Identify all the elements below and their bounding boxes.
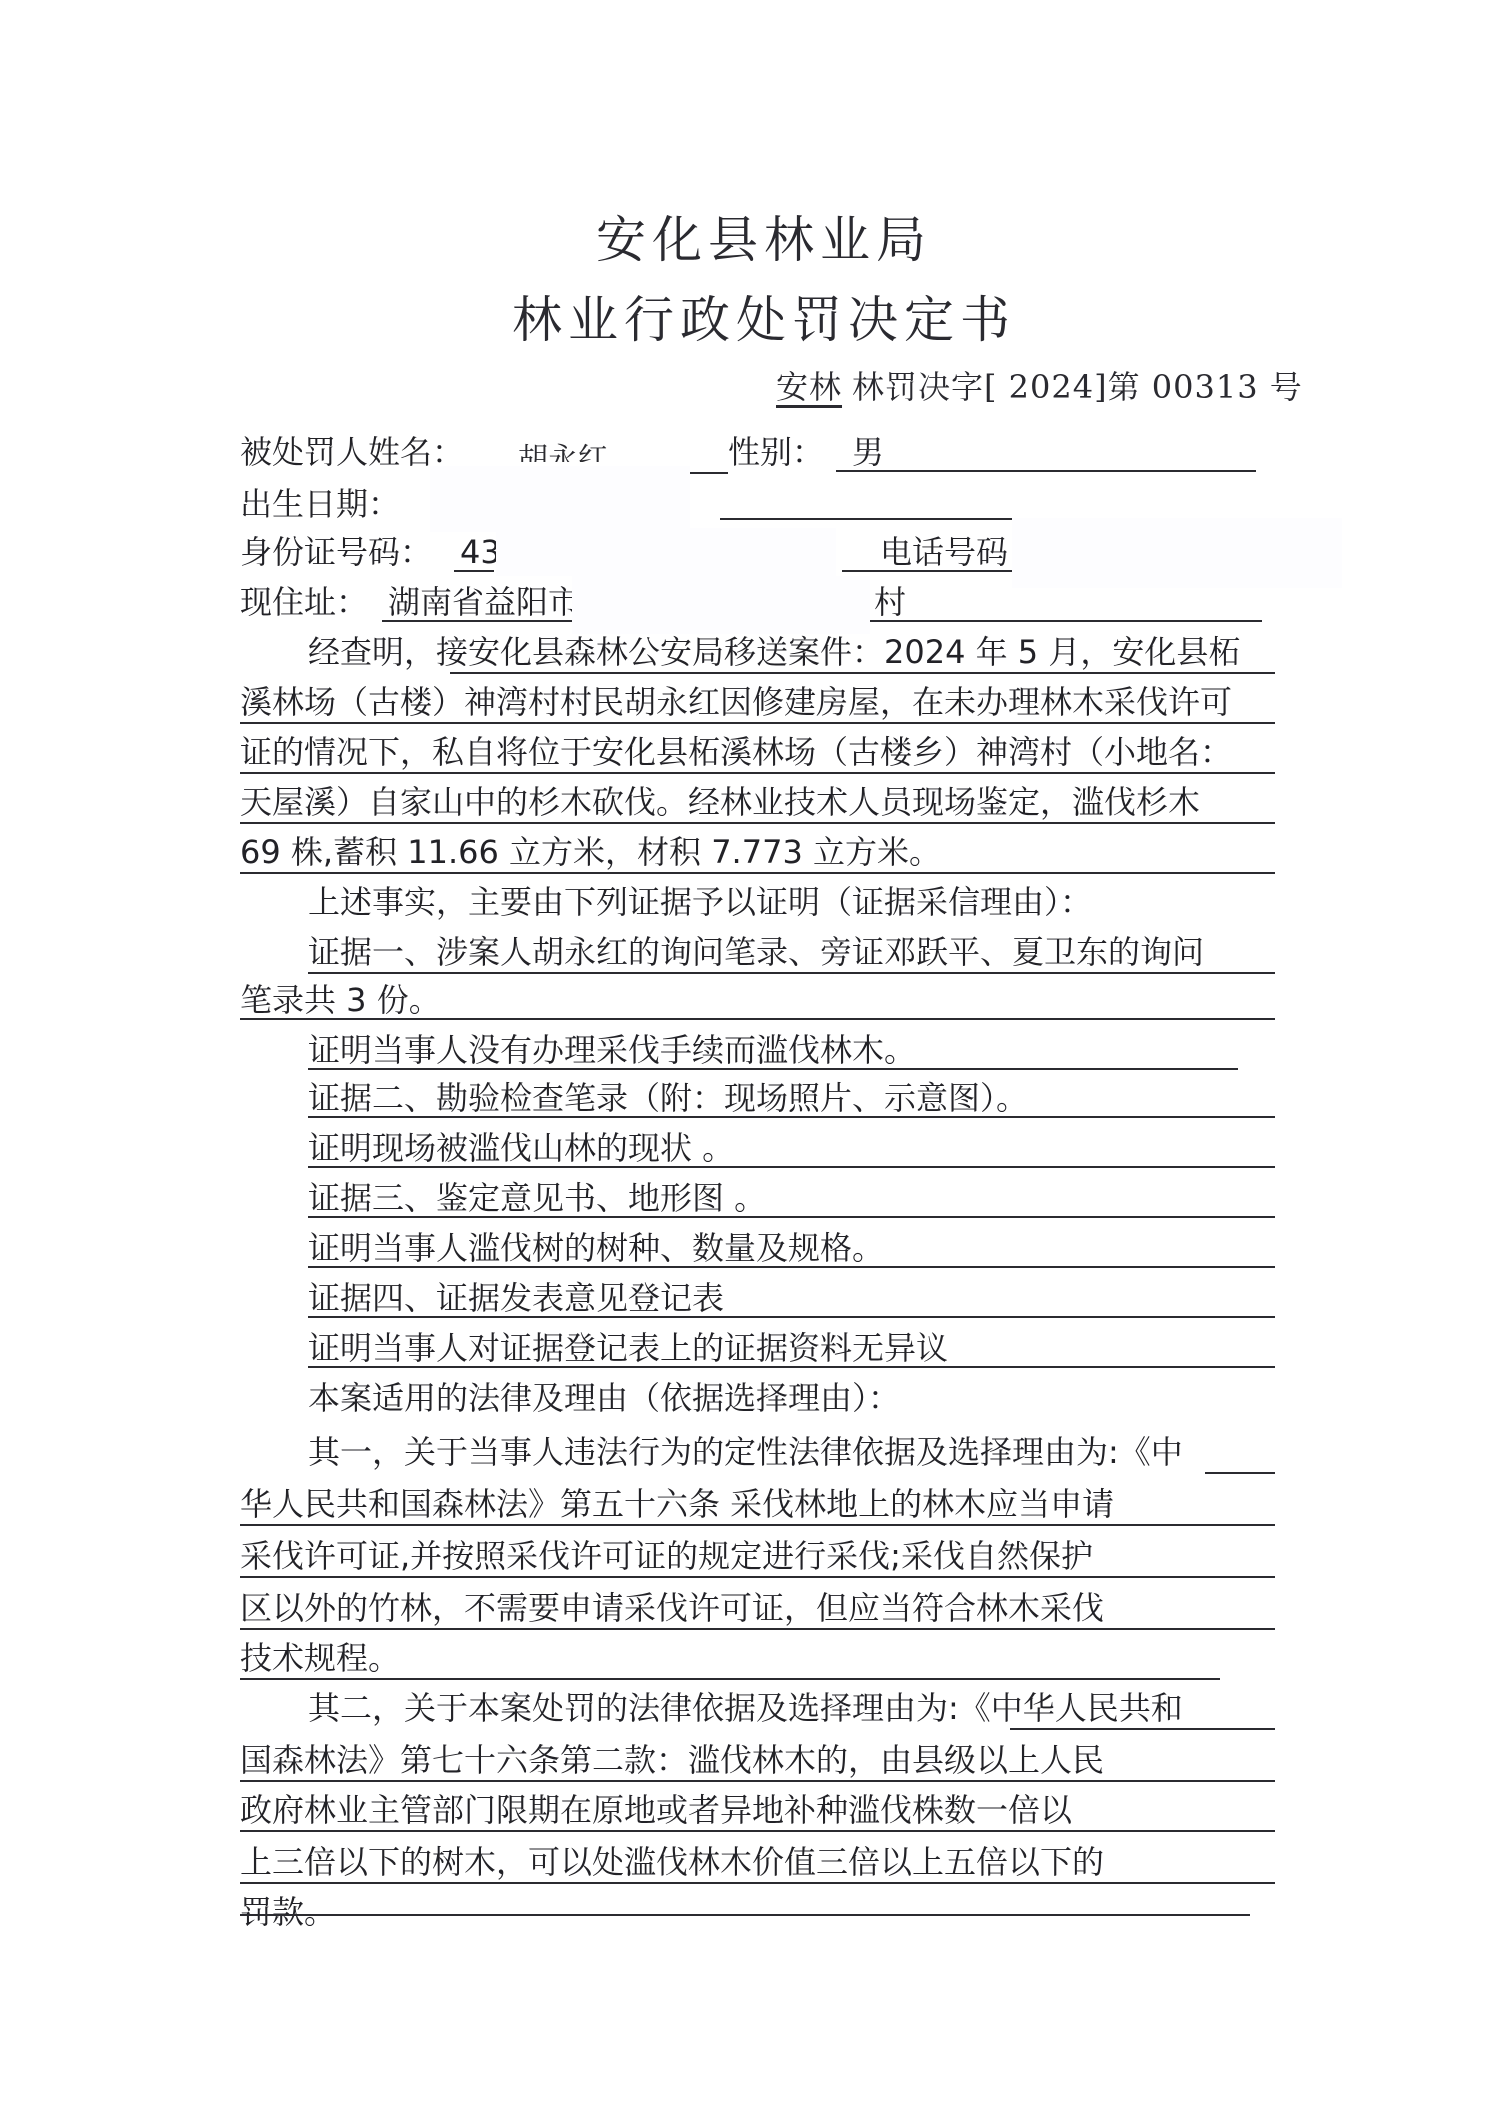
address-value-start: 湖南省益阳市 [388, 582, 580, 622]
document-number-prefix: 安林 [762, 368, 852, 406]
id-value: 43 [460, 532, 501, 572]
phone-underline [882, 570, 1012, 572]
legal-basis-first-line: 区以外的竹林，不需要申请采伐许可证，但应当符合林木采伐 [240, 1588, 1275, 1628]
id-label: 身份证号码： [240, 532, 432, 572]
underline [240, 722, 1275, 724]
evidence-line: 证明当事人没有办理采伐手续而滥伐林木。 [308, 1030, 1275, 1070]
redaction-box [496, 528, 836, 576]
legal-basis-second-line: 其二，关于本案处罚的法律依据及选择理由为:《中华人民共和 [308, 1688, 1275, 1728]
name-underline [690, 472, 728, 474]
underline [240, 1678, 1220, 1680]
agency-title: 安化县林业局 [20, 200, 1488, 272]
findings-line: 经查明，接安化县森林公安局移送案件：2024 年 5 月，安化县柘 [308, 632, 1275, 672]
gender-label: 性别： [728, 432, 824, 472]
underline [308, 1068, 1238, 1070]
underline [308, 972, 1275, 974]
evidence-line: 证据三、鉴定意见书、地形图 。 [308, 1178, 1275, 1218]
findings-line: 证的情况下，私自将位于安化县柘溪林场（古楼乡）神湾村（小地名： [240, 732, 1275, 772]
underline [240, 1882, 1275, 1884]
document-number: 安林林罚决字[ 2024]第 00313 号 [762, 362, 1303, 408]
evidence-line: 证明当事人滥伐树的树种、数量及规格。 [308, 1228, 1275, 1268]
underline [1205, 1472, 1275, 1474]
underline [240, 1914, 1250, 1916]
underline [308, 1166, 1275, 1168]
findings-line: 69 株,蓄积 11.66 立方米，材积 7.773 立方米。 [240, 832, 1275, 872]
redaction-box [1012, 518, 1342, 588]
legal-basis-first-line: 其一，关于当事人违法行为的定性法律依据及选择理由为:《中 [308, 1432, 1275, 1472]
underline [240, 1576, 1275, 1578]
evidence-line: 证据二、勘验检查笔录（附：现场照片、示意图）。 [308, 1078, 1275, 1118]
legal-basis-second-line: 国森林法》第七十六条第二款：滥伐林木的，由县级以上人民 [240, 1740, 1275, 1780]
findings-line: 溪林场（古楼）神湾村村民胡永红因修建房屋，在未办理林木采伐许可 [240, 682, 1275, 722]
evidence-line: 笔录共 3 份。 [240, 980, 1275, 1020]
evidence-line: 证明现场被滥伐山林的现状 。 [308, 1128, 1275, 1168]
redaction-box [430, 466, 690, 532]
underline [240, 1830, 1275, 1832]
legal-basis-first-line: 技术规程。 [240, 1638, 1275, 1678]
redaction-box [572, 576, 870, 634]
underline [240, 872, 1275, 874]
underline [308, 1216, 1275, 1218]
document-title: 林业行政处罚决定书 [20, 280, 1488, 352]
legal-basis-second-line: 罚款。 [240, 1892, 1275, 1932]
underline [308, 1316, 1275, 1318]
legal-basis-first-line: 采伐许可证,并按照采伐许可证的规定进行采伐;采伐自然保护 [240, 1536, 1275, 1576]
legal-basis-intro: 本案适用的法律及理由（依据选择理由）： [308, 1378, 1275, 1418]
legal-basis-first-line: 华人民共和国森林法》第五十六条 采伐林地上的林木应当申请 [240, 1484, 1275, 1524]
underline [240, 1628, 1275, 1630]
underline [308, 1116, 1275, 1118]
underline [308, 1366, 1275, 1368]
underline [1010, 1728, 1275, 1730]
birth-label: 出生日期： [240, 484, 400, 524]
evidence-intro: 上述事实，主要由下列证据予以证明（证据采信理由）： [308, 882, 1275, 922]
underline [240, 1524, 1275, 1526]
gender-value: 男 [852, 432, 884, 472]
evidence-line: 证据一、涉案人胡永红的询问笔录、旁证邓跃平、夏卫东的询问 [308, 932, 1275, 972]
evidence-line: 证据四、证据发表意见登记表 [308, 1278, 1275, 1318]
id-underline [454, 570, 494, 572]
address-value-end: 村 [874, 582, 906, 622]
name-value: 胡永红 [518, 440, 608, 462]
underline [240, 772, 1275, 774]
gender-underline [836, 470, 1256, 472]
underline [308, 1266, 1275, 1268]
id-underline-tail [842, 570, 882, 572]
underline [240, 822, 1275, 824]
underline [240, 1780, 1275, 1782]
underline [450, 672, 1275, 674]
legal-basis-second-line: 政府林业主管部门限期在原地或者异地补种滥伐株数一倍以 [240, 1790, 1275, 1830]
evidence-line: 证明当事人对证据登记表上的证据资料无异议 [308, 1328, 1275, 1368]
findings-line: 天屋溪）自家山中的杉木砍伐。经林业技术人员现场鉴定，滥伐杉木 [240, 782, 1275, 822]
document-number-rest: 林罚决字[ 2024]第 00313 号 [852, 368, 1303, 406]
address-label: 现住址： [240, 582, 368, 622]
underline [240, 1018, 1275, 1020]
legal-basis-second-line: 上三倍以下的树木，可以处滥伐林木价值三倍以上五倍以下的 [240, 1842, 1275, 1882]
